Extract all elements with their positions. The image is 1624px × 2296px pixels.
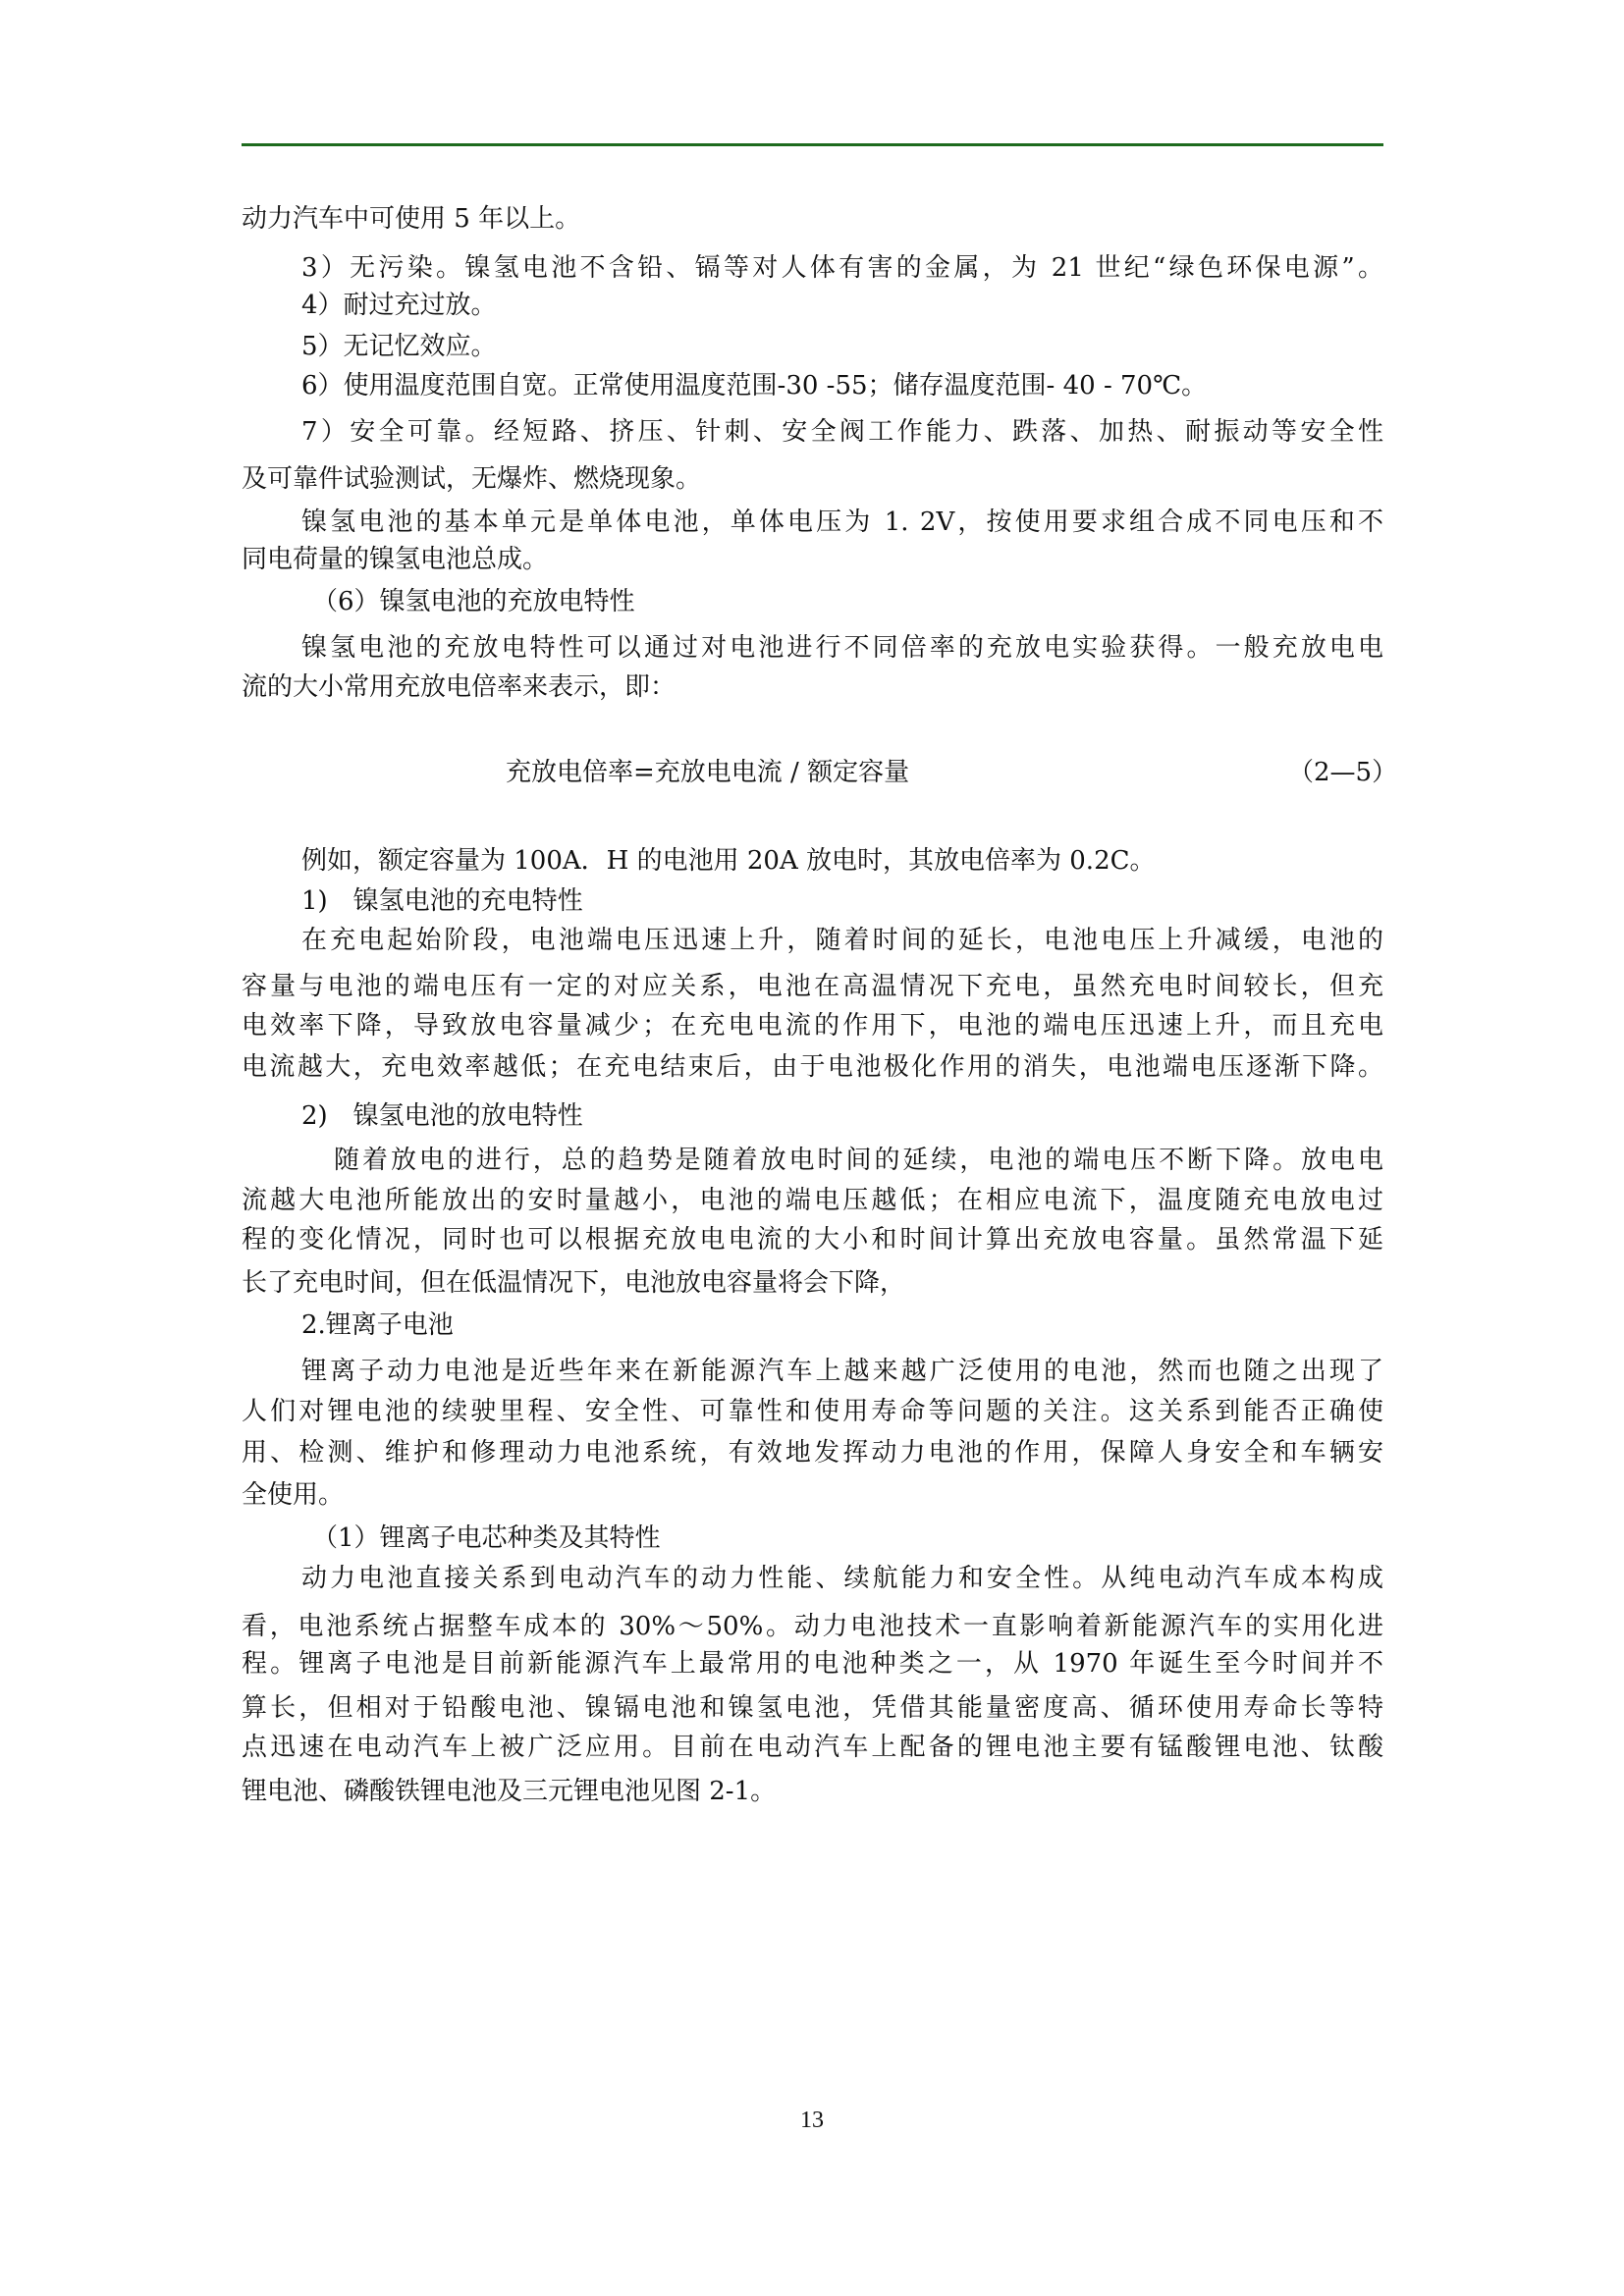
text-line: 电流越大，充电效率越低；在充电结束后，由于电池极化作用的消失，电池端电压逐渐下降…	[242, 1047, 1383, 1087]
text-line: 锂电池、磷酸铁锂电池及三元锂电池见图 2-1。	[242, 1772, 1383, 1811]
text-line: 全使用。	[242, 1475, 1383, 1515]
text-line: 用、检测、维护和修理动力电池系统，有效地发挥动力电池的作用，保障人身安全和车辆安	[242, 1433, 1383, 1472]
equation: 充放电倍率=充放电电流 / 额定容量	[506, 753, 909, 792]
text-line: 2) 镍氢电池的放电特性	[301, 1096, 1383, 1136]
text-line: 点迅速在电动汽车上被广泛应用。目前在电动汽车上配备的锂电池主要有锰酸锂电池、钛酸	[242, 1728, 1383, 1767]
text-line: 2.锂离子电池	[301, 1306, 1383, 1345]
text-line: 流的大小常用充放电倍率来表示，即：	[242, 667, 1383, 707]
text-line: 1) 镍氢电池的充电特性	[301, 881, 1383, 921]
text-line: 镍氢电池的充放电特性可以通过对电池进行不同倍率的充放电实验获得。一般充放电电	[301, 628, 1383, 667]
text-line: 例如，额定容量为 100A．H 的电池用 20A 放电时，其放电倍率为 0.2C…	[301, 841, 1383, 881]
text-line: 在充电起始阶段，电池端电压迅速上升，随着时间的延长，电池电压上升减缓，电池的	[301, 921, 1383, 960]
text-line: 7）安全可靠。经短路、挤压、针刺、安全阀工作能力、跌落、加热、耐振动等安全性	[301, 412, 1383, 452]
text-line: 6）使用温度范围自宽。正常使用温度范围-30 -55；储存温度范围- 40 - …	[301, 366, 1383, 405]
text-line: 4）耐过充过放。	[301, 286, 1383, 325]
text-line: （6）镍氢电池的充放电特性	[312, 582, 1383, 621]
text-line: 算长，但相对于铅酸电池、镍镉电池和镍氢电池，凭借其能量密度高、循环使用寿命长等特	[242, 1688, 1383, 1728]
text-line: 电效率下降，导致放电容量减少；在充电电流的作用下，电池的端电压迅速上升，而且充电	[242, 1006, 1383, 1045]
text-line: 程的变化情况，同时也可以根据充放电电流的大小和时间计算出充放电容量。虽然常温下延	[242, 1220, 1383, 1259]
text-line: 动力电池直接关系到电动汽车的动力性能、续航能力和安全性。从纯电动汽车成本构成	[301, 1559, 1383, 1598]
text-line: 镍氢电池的基本单元是单体电池，单体电压为 1. 2V，按使用要求组合成不同电压和…	[301, 503, 1383, 542]
text-line: 同电荷量的镍氢电池总成。	[242, 540, 1383, 579]
text-line: 及可靠件试验测试，无爆炸、燃烧现象。	[242, 459, 1383, 499]
text-line: 3）无污染。镍氢电池不含铅、镉等对人体有害的金属，为 21 世纪“绿色环保电源”…	[301, 248, 1383, 288]
text-line: 程。锂离子电池是目前新能源汽车上最常用的电池种类之一，从 1970 年诞生至今时…	[242, 1644, 1383, 1683]
text-line: 随着放电的进行，总的趋势是随着放电时间的延续，电池的端电压不断下降。放电电	[334, 1141, 1383, 1180]
text-line: 长了充电时间，但在低温情况下，电池放电容量将会下降，	[242, 1263, 1383, 1303]
header-rule	[242, 143, 1383, 146]
text-line: 5）无记忆效应。	[301, 327, 1383, 366]
text-line: 容量与电池的端电压有一定的对应关系，电池在高温情况下充电，虽然充电时间较长，但充	[242, 967, 1383, 1006]
text-line: 锂离子动力电池是近些年来在新能源汽车上越来越广泛使用的电池，然而也随之出现了	[301, 1352, 1383, 1391]
text-line: 流越大电池所能放出的安时量越小，电池的端电压越低；在相应电流下，温度随充电放电过	[242, 1181, 1383, 1220]
text-line: （1）锂离子电芯种类及其特性	[312, 1519, 1383, 1558]
text-line: 动力汽车中可使用 5 年以上。	[242, 199, 1383, 239]
equation-number: （2—5）	[1288, 753, 1383, 792]
text-line: 看，电池系统占据整车成本的 30%～50%。动力电池技术一直影响着新能源汽车的实…	[242, 1607, 1383, 1646]
page-number: 13	[0, 2103, 1624, 2138]
text-line: 人们对锂电池的续驶里程、安全性、可靠性和使用寿命等问题的关注。这关系到能否正确使	[242, 1392, 1383, 1431]
